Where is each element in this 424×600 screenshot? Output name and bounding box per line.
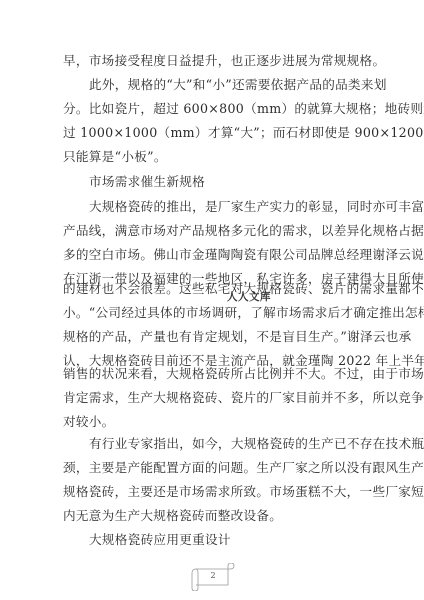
watermark-logo: 人人文库 (227, 289, 271, 304)
body-text-line: 肯定需求，生产大规格瓷砖、瓷片的厂家目前并不多，所以竞争相 (63, 390, 361, 406)
body-text-line: 分。比如瓷片，超过 600×800（mm）的就算大规格；地砖则通常超 (63, 101, 361, 117)
section-heading: 大规格瓷砖应用更重设计 (89, 532, 387, 548)
page-number-scroll: 2 (190, 563, 240, 591)
body-text-line: 过 1000×1000（mm）才算“大”；而石材即使是 900×1200（mm）… (63, 125, 361, 141)
section-heading: 市场需求催生新规格 (89, 174, 387, 190)
body-text-line: 规格的产品，产量也有肯定规划，不是盲目生产。”谢泽云也承 (63, 329, 361, 345)
body-text-line: 只能算是“小板”。 (63, 149, 361, 165)
body-text-line: 多的空白市场。佛山市金瑾陶陶瓷有限公司品牌总经理谢泽云说， (63, 247, 361, 263)
body-text-line: 规格瓷砖，主要还是市场需求所致。市场蛋糕不大，一些厂家短期 (63, 484, 361, 500)
body-text-line: 颈，主要是产能配置方面的问题。生产厂家之所以没有跟风生产大 (63, 460, 361, 476)
body-text-line: 小。“公司经过具体的市场调研，了解市场需求后才确定推出怎样 (63, 305, 361, 321)
body-text-line: 此外，规格的“大”和“小”还需要依据产品的品类来划 (89, 77, 361, 93)
body-text-line: 早，市场接受程度日益提升，也正逐步进展为常规规格。 (63, 53, 361, 69)
body-text-line: 大规格瓷砖的推出，是厂家生产实力的彰显，同时亦可丰富 (89, 199, 361, 215)
body-text-line: 有行业专家指出，如今，大规格瓷砖的生产已不存在技术瓶 (89, 436, 361, 452)
page-number: 2 (190, 571, 236, 580)
body-text-line: 对较小。 (63, 414, 361, 430)
body-text-line: 产品线，满意市场对产品规格多元化的需求，以差异化规格占据更 (63, 223, 361, 239)
document-page: 早，市场接受程度日益提升，也正逐步进展为常规规格。 此外，规格的“大”和“小”还… (0, 0, 424, 600)
body-text-line: 的建材也不会很差。这些私宅对大规格瓷砖、瓷片的需求量都不 (63, 281, 361, 297)
body-text-line: 内无意为生产大规格瓷砖而整改设备。 (63, 508, 361, 524)
body-text-line: 销售的状况来看，大规格瓷砖所占比例并不大。不过，由于市场有 (63, 366, 361, 382)
